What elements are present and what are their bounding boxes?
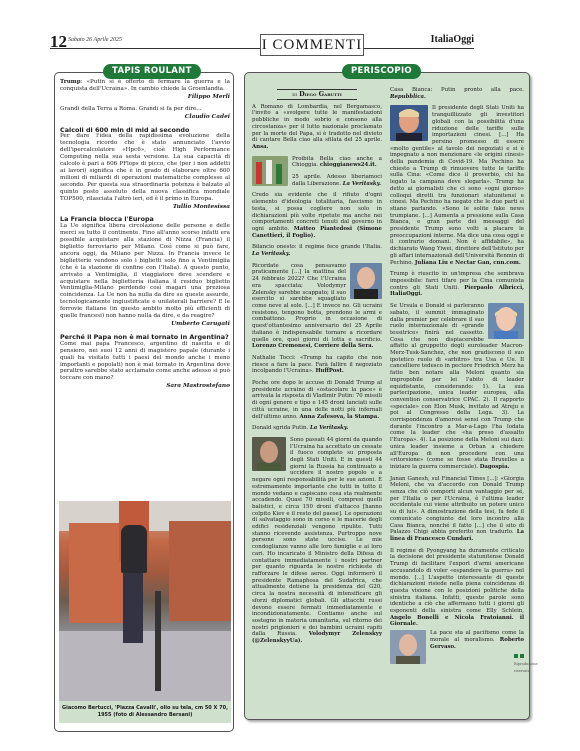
section-title: I COMMENTI bbox=[260, 34, 364, 56]
periscopio-column-1: di Diego Gabutti A Romano di Lombardia, … bbox=[252, 87, 382, 650]
quote: Nathalie Tocci: «Trump ha capito che non… bbox=[252, 355, 382, 375]
quote: Trump è riuscito in un'impresa che sembr… bbox=[390, 271, 524, 298]
letter-3: Per dare l'idea della rapidissima evoluz… bbox=[60, 133, 230, 202]
quote: Se Ursula e Donald si parleranno sabato,… bbox=[390, 303, 524, 471]
quote: Bilancio onesto: il regime fece grande l… bbox=[252, 244, 382, 257]
quote: Casa Bianca: Putin pronto alla pace. Rep… bbox=[390, 87, 524, 100]
page-number: 12 bbox=[50, 32, 67, 52]
page-header: 12 Sabato 26 Aprile 2025 I COMMENTI Ital… bbox=[50, 30, 474, 52]
letter-author: Tullio Montesissa bbox=[60, 204, 230, 211]
periscopio-box: PERISCOPIO di Diego Gabutti A Romano di … bbox=[244, 72, 530, 720]
quote: La pace sta al pacifismo come la morale … bbox=[390, 630, 524, 650]
painting-image bbox=[59, 501, 231, 701]
letter-heading: Calcoli di 600 mln di mld al secondo bbox=[60, 127, 230, 134]
von-der-leyen-photo bbox=[488, 303, 524, 339]
letter-5: Come mai papa Francesco, argentino di na… bbox=[60, 341, 230, 382]
trump-photo bbox=[390, 105, 428, 141]
periscopio-column-2: Casa Bianca: Putin pronto alla pace. Rep… bbox=[390, 87, 524, 666]
letter-2: Grandi della Terra a Roma. Grandi si fa … bbox=[60, 106, 230, 113]
quote: Poche ore dopo le accuse di Donald Trump… bbox=[252, 380, 382, 420]
quote: Il presidente degli Stati Uniti ha tranq… bbox=[390, 105, 524, 266]
letter-author: Claudio Cadei bbox=[60, 114, 230, 121]
painting-caption: Giacomo Bertucci, 'Piazza Cavalli', olio… bbox=[59, 701, 231, 723]
byline: di Diego Gabutti bbox=[277, 89, 357, 100]
tapis-roulant-box: TAPIS ROULANT Trump: «Putin si è offerto… bbox=[54, 72, 234, 732]
letter-heading: La Francia blocca l'Europa bbox=[60, 216, 230, 223]
masthead-logo: ItaliaOggi bbox=[431, 34, 474, 45]
rally-photo bbox=[252, 156, 288, 186]
quote: Ricordate cosa pensavamo praticamente [.… bbox=[252, 263, 382, 350]
periscopio-tag: PERISCOPIO bbox=[342, 64, 421, 79]
quote: Sono passati 44 giorni da quando l'Ucrai… bbox=[252, 437, 382, 645]
letter-4: La Ue significa libera circolazione dell… bbox=[60, 223, 230, 320]
quote: Proibita Bella ciao anche a Chioggia. ch… bbox=[252, 156, 382, 169]
letter-author: Sara Mastrostefano bbox=[60, 383, 230, 390]
quote: Credo sia evidente che il rifiuto d'ogni… bbox=[252, 192, 382, 239]
letter-1: Trump: «Putin si è offerto di fermare la… bbox=[60, 79, 230, 93]
putin-photo bbox=[350, 263, 382, 299]
zelensky-photo bbox=[252, 437, 286, 471]
gervaso-photo bbox=[390, 630, 426, 664]
quote: Janan Ganesh, sul Financial Times [...]:… bbox=[390, 476, 524, 543]
quote: A Romano di Lombardia, nel Bergamasco, l… bbox=[252, 104, 382, 151]
letter-heading: Perché il Papa non è mai tornato in Arge… bbox=[60, 334, 230, 341]
letter-author: Filippo Merli bbox=[60, 94, 230, 101]
quote: Il regime di Pyongyang ha duramente crit… bbox=[390, 548, 524, 628]
letter-author: Umberto Carugati bbox=[60, 321, 230, 328]
tapis-roulant-tag: TAPIS ROULANT bbox=[103, 64, 201, 79]
quote: Donald sgrida Putin. La Veritasky. bbox=[252, 425, 382, 432]
issue-date: Sabato 26 Aprile 2025 bbox=[68, 37, 122, 43]
